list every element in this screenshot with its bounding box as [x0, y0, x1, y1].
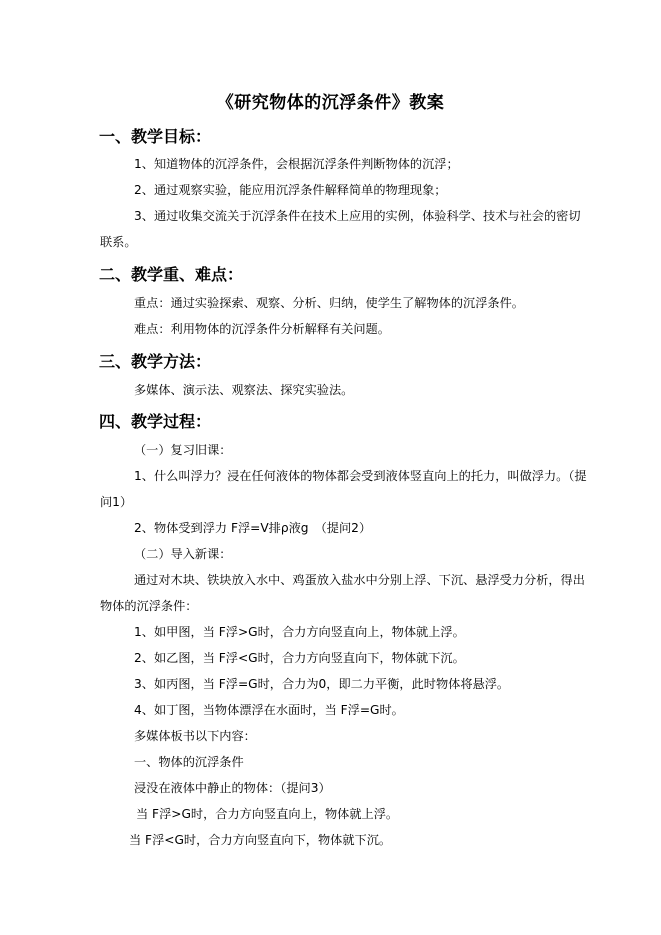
section-heading-key-points: 二、教学重、难点：: [99, 262, 243, 285]
objective-line-2: 2、通过观察实验，能应用沉浮条件解释简单的物理现象；: [134, 181, 446, 198]
process-line-1: 1、什么叫浮力？浸在任何液体的物体都会受到液体竖直向上的托力，叫做浮力。（提: [134, 467, 587, 484]
methods-line: 多媒体、演示法、观察法、探究实验法。: [134, 381, 353, 398]
section-heading-process: 四、教学过程：: [99, 409, 211, 432]
objective-line-3-cont: 联系。: [100, 233, 137, 250]
document-title: 《研究物体的沉浮条件》教案: [0, 88, 661, 113]
condition-line-4: 4、如丁图，当物体漂浮在水面时，当 F浮=G时。: [134, 701, 404, 718]
new-lesson-subheading: （二）导入新课：: [134, 545, 232, 562]
condition-line-1: 1、如甲图，当 F浮>G时，合力方向竖直向上，物体就上浮。: [134, 623, 465, 640]
board-line-3: 当 F浮<G时，合力方向竖直向下，物体就下沉。: [129, 831, 391, 848]
objective-line-1: 1、知道物体的沉浮条件，会根据沉浮条件判断物体的沉浮；: [134, 155, 459, 172]
board-line-2: 当 F浮>G时，合力方向竖直向上，物体就上浮。: [136, 805, 398, 822]
process-line-1-cont: 问1）: [100, 493, 132, 510]
process-line-2: 2、物体受到浮力 F浮=V排ρ液g （提问2）: [134, 519, 371, 536]
board-heading-line: 一、物体的沉浮条件: [134, 753, 244, 770]
process-intro-cont: 物体的沉浮条件：: [100, 597, 198, 614]
board-intro-line: 多媒体板书以下内容：: [134, 727, 256, 744]
review-subheading: （一）复习旧课：: [134, 441, 232, 458]
process-intro-line: 通过对木块、铁块放入水中、鸡蛋放入盐水中分别上浮、下沉、悬浮受力分析，得出: [134, 571, 585, 588]
document-page: 《研究物体的沉浮条件》教案 一、教学目标： 1、知道物体的沉浮条件，会根据沉浮条…: [0, 0, 661, 935]
condition-line-3: 3、如丙图，当 F浮=G时，合力为0，即二力平衡，此时物体将悬浮。: [134, 675, 509, 692]
condition-line-2: 2、如乙图，当 F浮<G时，合力方向竖直向下，物体就下沉。: [134, 649, 465, 666]
board-line-1: 浸没在液体中静止的物体：（提问3）: [134, 779, 331, 796]
key-point-line: 重点：通过实验探索、观察、分析、归纳，使学生了解物体的沉浮条件。: [134, 294, 524, 311]
objective-line-3: 3、通过收集交流关于沉浮条件在技术上应用的实例，体验科学、技术与社会的密切: [134, 207, 581, 224]
section-heading-objectives: 一、教学目标：: [99, 124, 211, 147]
difficulty-line: 难点：利用物体的沉浮条件分析解释有关问题。: [134, 320, 390, 337]
section-heading-methods: 三、教学方法：: [99, 349, 211, 372]
